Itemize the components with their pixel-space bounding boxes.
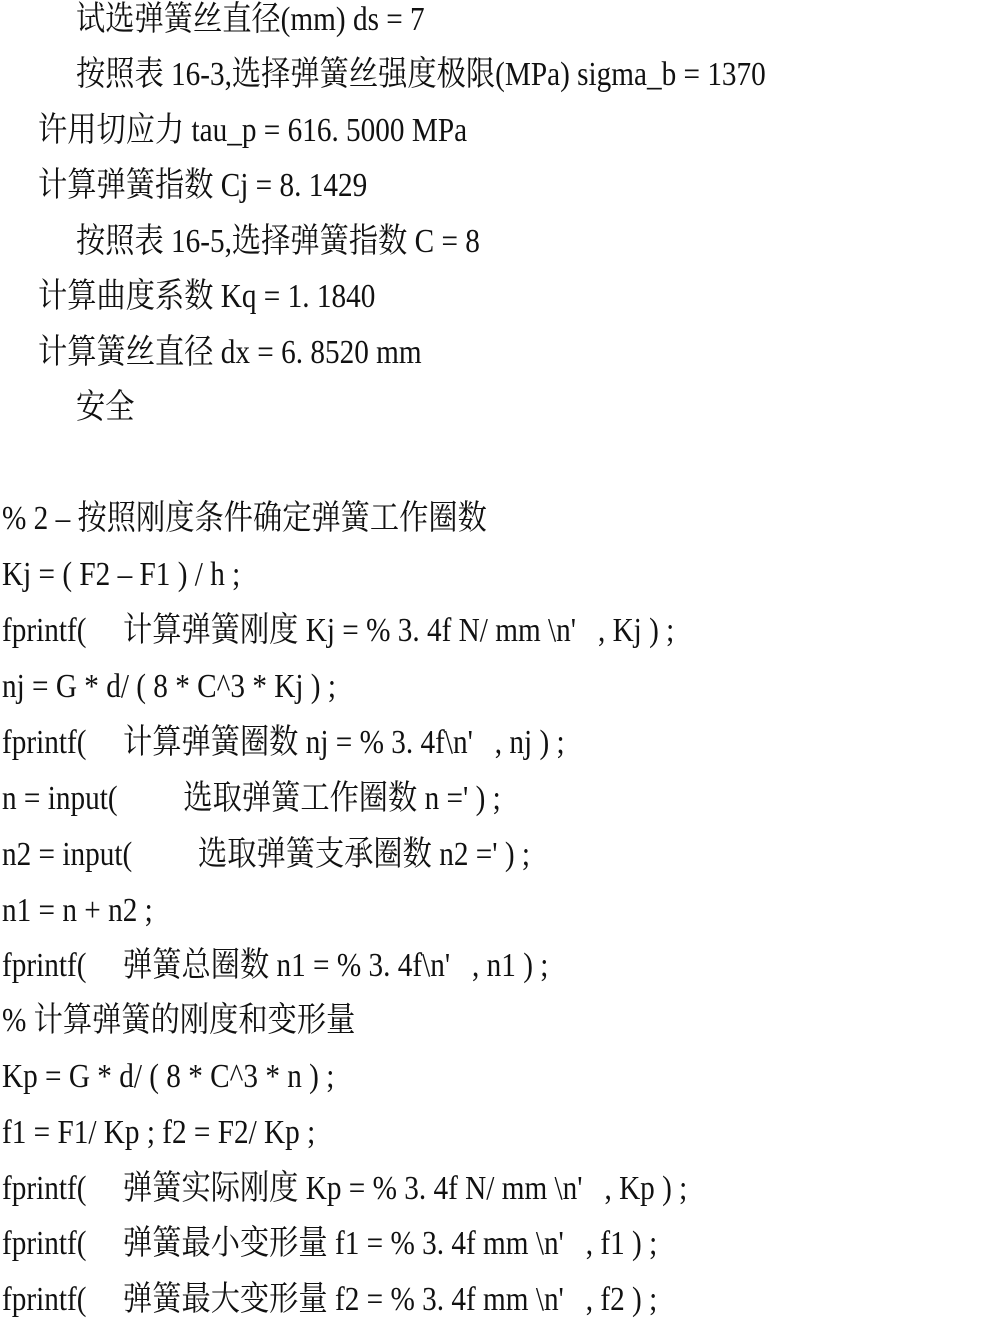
code-line-n1: n1 = n + n2 ; xyxy=(2,885,177,937)
code-line-kj: Kj = ( F2 – F1 ) / h ; xyxy=(2,549,279,601)
output-line-allowable-shear-stress: 许用切应力 tau_p = 616. 5000 MPa xyxy=(38,105,537,157)
code-comment-stiffness-section: % 2 – 按照刚度条件确定弹簧工作圈数 xyxy=(2,493,566,545)
code-line-input-n: n = input( 选取弹簧工作圈数 n =' ) ; xyxy=(2,773,582,825)
code-line-f1-f2: f1 = F1/ Kp ; f2 = F2/ Kp ; xyxy=(2,1107,366,1159)
output-line-safety-result: 安全 xyxy=(76,382,144,434)
output-line-spring-index-calc: 计算弹簧指数 Cj = 8. 1429 xyxy=(38,160,421,212)
code-line-fprintf-kj: fprintf( 计算弹簧刚度 Kj = % 3. 4f N/ mm \n' ,… xyxy=(2,605,784,657)
code-line-kp: Kp = G * d/ ( 8 * C^3 * n ) ; xyxy=(2,1051,388,1103)
output-line-wire-diameter-trial: 试选弹簧丝直径(mm) ds = 7 xyxy=(76,0,481,46)
code-line-input-n2: n2 = input( 选取弹簧支承圈数 n2 =' ) ; xyxy=(2,829,616,881)
document-page: 试选弹簧丝直径(mm) ds = 7 按照表 16-3,选择弹簧丝强度极限(MP… xyxy=(0,0,985,1318)
output-line-spring-index-selected: 按照表 16-5,选择弹簧指数 C = 8 xyxy=(76,216,546,268)
code-line-fprintf-n1: fprintf( 弹簧总圈数 n1 = % 3. 4f\n' , n1 ) ; xyxy=(2,940,637,992)
output-line-wire-diameter-calc: 计算簧丝直径 dx = 6. 8520 mm xyxy=(38,327,484,379)
output-line-curvature-factor: 计算曲度系数 Kq = 1. 1840 xyxy=(38,271,430,323)
code-line-fprintf-f2: fprintf( 弹簧最大变形量 f2 = % 3. 4f mm \n' , f… xyxy=(2,1274,764,1318)
output-line-strength-limit: 按照表 16-3,选择弹簧丝强度极限(MPa) sigma_b = 1370 xyxy=(76,49,878,101)
code-line-fprintf-kp: fprintf( 弹簧实际刚度 Kp = % 3. 4f N/ mm \n' ,… xyxy=(2,1163,799,1215)
code-line-nj: nj = G * d/ ( 8 * C^3 * Kj ) ; xyxy=(2,661,390,713)
code-comment-stiffness-deformation: % 计算弹簧的刚度和变形量 xyxy=(2,995,413,1047)
code-line-fprintf-f1: fprintf( 弹簧最小变形量 f1 = % 3. 4f mm \n' , f… xyxy=(2,1218,764,1270)
code-line-fprintf-nj: fprintf( 计算弹簧圈数 nj = % 3. 4f\n' , nj ) ; xyxy=(2,717,656,769)
